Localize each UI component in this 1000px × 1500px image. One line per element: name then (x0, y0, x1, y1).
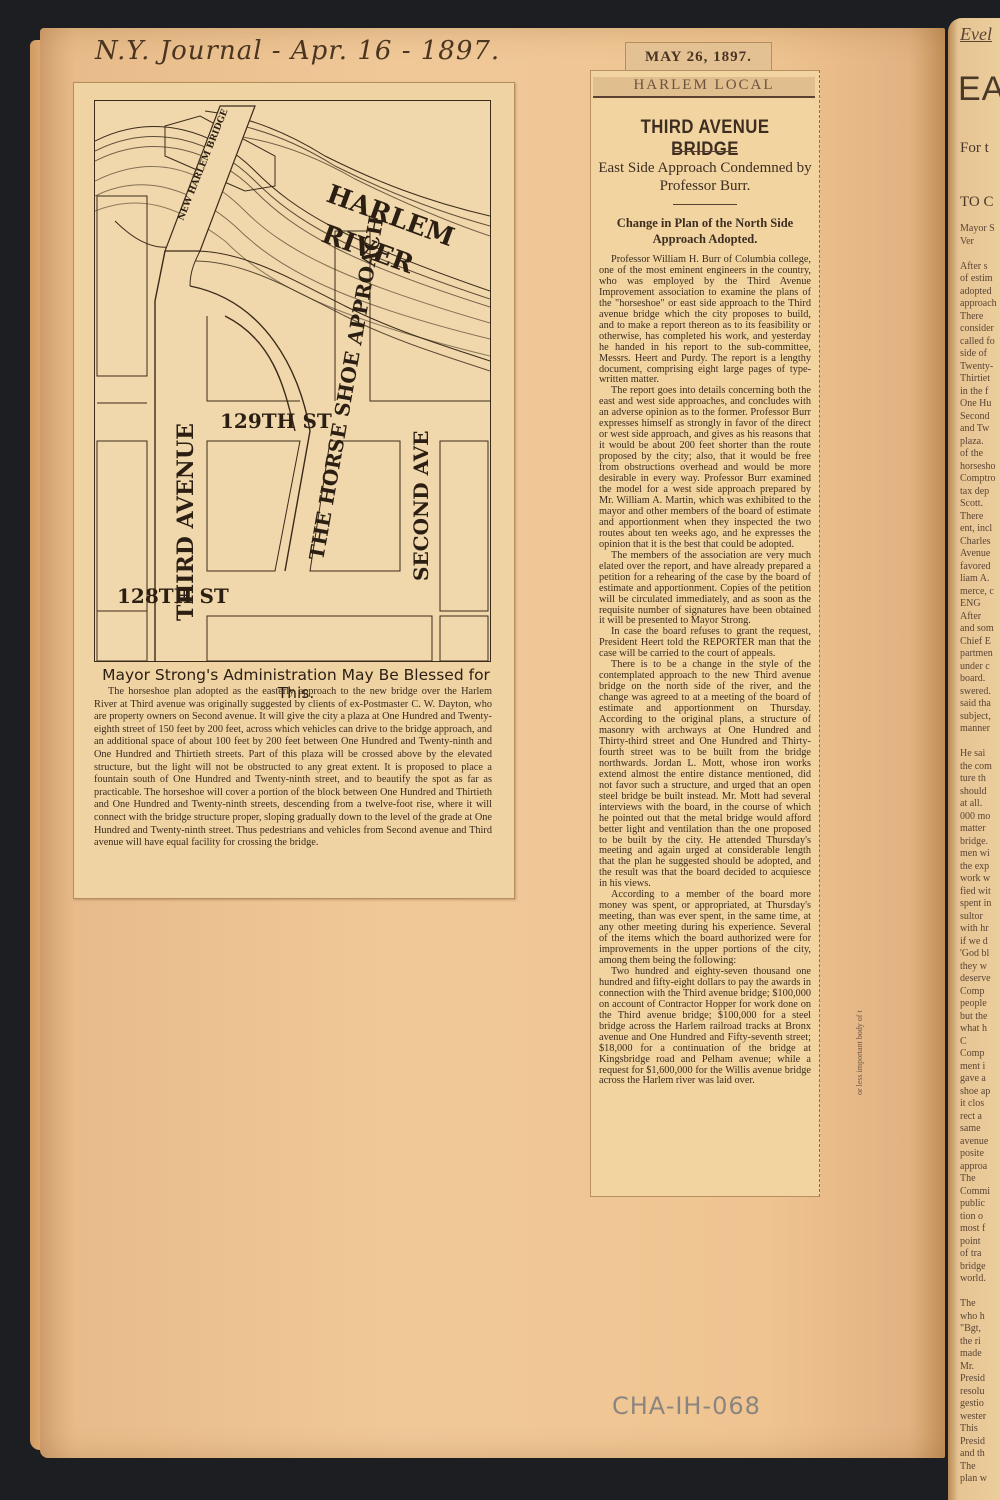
next-page-script: Evel (960, 28, 992, 41)
caption-body: The horseshoe plan adopted as the easter… (94, 686, 492, 850)
map-clipping: HARLEM RIVER NEW HARLEM BRIDGE 129TH ST … (73, 82, 515, 899)
article-body: Professor William H. Burr of Columbia co… (599, 255, 811, 1087)
next-page-subline: For t (960, 140, 989, 157)
archive-id: CHA-IH-068 (612, 1392, 761, 1420)
article-paragraph: The members of the association are very … (599, 551, 811, 628)
handwritten-source-annotation: N.Y. Journal - Apr. 16 - 1897. (95, 36, 500, 66)
divider (673, 204, 737, 205)
article-paragraph: According to a member of the board more … (599, 890, 811, 967)
next-page-text: Mayor S Ver After s of estim adopted app… (960, 223, 997, 1486)
article-subhead-2: Change in Plan of the North Side Approac… (599, 215, 811, 247)
article-paragraph: In case the board refuses to grant the r… (599, 627, 811, 660)
avenue-label-third: THIRD AVENUE (173, 423, 199, 621)
section-label: HARLEM LOCAL (593, 77, 815, 98)
next-page-fragment: Evel EAS For t TO C Mayor S Ver After s … (948, 18, 1000, 1500)
avenue-label-second: SECOND AVE (409, 431, 433, 581)
article-paragraph: Professor William H. Burr of Columbia co… (599, 255, 811, 386)
next-page-headline: EAS (958, 70, 1000, 109)
article-paragraph: The report goes into details concerning … (599, 386, 811, 550)
spine-note: or less important body of t (855, 1010, 864, 1095)
article-paragraph: There is to be a change in the style of … (599, 660, 811, 890)
article-subhead: East Side Approach Condemned by Professo… (597, 159, 813, 195)
approach-label: THE HORSE SHOE APPROACH (304, 214, 388, 561)
article-headline: THIRD AVENUE BRIDGE (605, 117, 806, 161)
article-paragraph: Two hundred and eighty-seven thousand on… (599, 967, 811, 1087)
news-clipping: HARLEM LOCAL THIRD AVENUE BRIDGE East Si… (590, 70, 820, 1197)
date-stamp: MAY 26, 1897. (625, 42, 772, 72)
next-page-section: TO C (960, 194, 993, 211)
street-label-129: 129TH ST (220, 409, 332, 433)
map-drawing: HARLEM RIVER NEW HARLEM BRIDGE 129TH ST … (95, 101, 490, 661)
divider (673, 151, 737, 152)
street-map: HARLEM RIVER NEW HARLEM BRIDGE 129TH ST … (94, 100, 491, 662)
